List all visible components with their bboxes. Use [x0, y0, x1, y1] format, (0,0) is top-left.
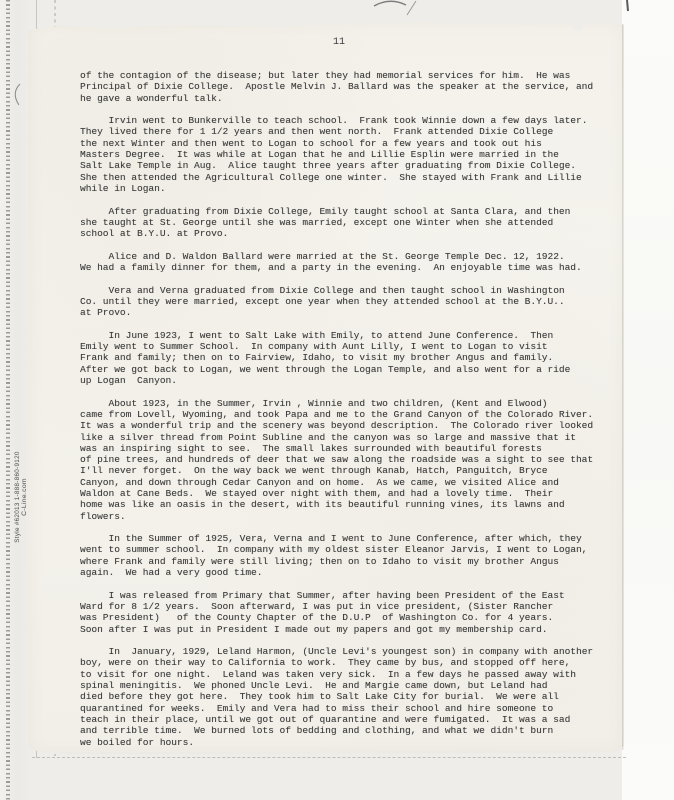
paragraph: Alice and D. Waldon Ballard were married…: [80, 251, 614, 274]
paragraph: of the contagion of the disease; but lat…: [80, 70, 614, 104]
paper-edge-shadow: [622, 24, 624, 750]
scan-mark-scratch: [407, 1, 416, 15]
paragraph: I was released from Primary that Summer,…: [80, 590, 614, 635]
scanned-page: Style #62013 1-888-860-9120 C-Line.com 1…: [0, 0, 674, 800]
paragraph: In January, 1929, Leland Harmon, (Uncle …: [80, 646, 614, 748]
sleeve-binding-strip: [0, 0, 28, 800]
sleeve-style-number: Style #62013 1-888-860-9120: [14, 437, 21, 557]
sleeve-stitch-edge: [6, 0, 10, 800]
paragraph: In the Summer of 1925, Vera, Verna and I…: [80, 533, 614, 578]
paragraph: In June 1923, I went to Salt Lake with E…: [80, 330, 614, 386]
paragraph: About 1923, in the Summer, Irvin , Winni…: [80, 398, 614, 522]
sleeve-brand-text: Style #62013 1-888-860-9120 C-Line.com: [14, 437, 28, 557]
scan-background: [622, 0, 674, 800]
paragraph: Irvin went to Bunkerville to teach schoo…: [80, 115, 614, 194]
scan-mark-arc: [374, 1, 406, 6]
typed-text-body: of the contagion of the disease; but lat…: [80, 70, 614, 748]
paragraph: After graduating from Dixie College, Emi…: [80, 206, 614, 240]
sleeve-brand-name: C-Line.com: [21, 437, 28, 557]
paragraph: Vera and Verna graduated from Dixie Coll…: [80, 285, 614, 319]
sleeve-bottom-edge: [32, 757, 626, 758]
page-number: 11: [304, 37, 374, 48]
